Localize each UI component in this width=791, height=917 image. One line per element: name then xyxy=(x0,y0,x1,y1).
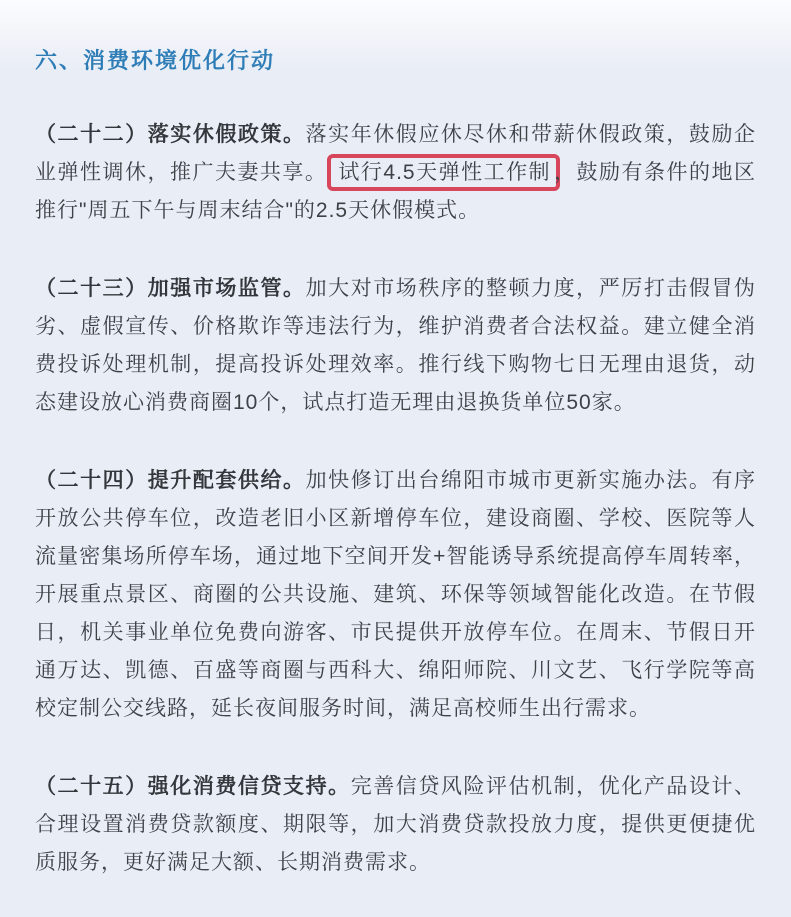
paragraph-25-label: （二十五）强化消费信贷支持。 xyxy=(35,775,351,798)
paragraph-24-text: 加快修订出台绵阳市城市更新实施办法。有序开放公共停车位，改造老旧小区新增停车位，… xyxy=(35,469,756,720)
document: 六、消费环境优化行动 （二十二）落实休假政策。落实年休假应休尽休和带薪休假政策，… xyxy=(0,0,791,902)
section-heading: 六、消费环境优化行动 xyxy=(35,46,756,76)
paragraph-22: （二十二）落实休假政策。落实年休假应休尽休和带薪休假政策，鼓励企业弹性调休，推广… xyxy=(35,116,756,230)
paragraph-22-label: （二十二）落实休假政策。 xyxy=(35,123,306,146)
paragraph-24-label: （二十四）提升配套供给。 xyxy=(35,469,306,492)
paragraph-23-label: （二十三）加强市场监管。 xyxy=(35,277,306,300)
page: { "doc": { "heading": "六、消费环境优化行动", "par… xyxy=(0,0,791,917)
paragraph-23: （二十三）加强市场监管。加大对市场秩序的整顿力度，严厉打击假冒伪劣、虚假宣传、价… xyxy=(35,270,756,422)
highlight-red-box: 试行4.5天弹性工作制 xyxy=(327,154,560,191)
paragraph-25: （二十五）强化消费信贷支持。完善信贷风险评估机制，优化产品设计、合理设置消费贷款… xyxy=(35,768,756,882)
paragraph-24: （二十四）提升配套供给。加快修订出台绵阳市城市更新实施办法。有序开放公共停车位，… xyxy=(35,462,756,728)
